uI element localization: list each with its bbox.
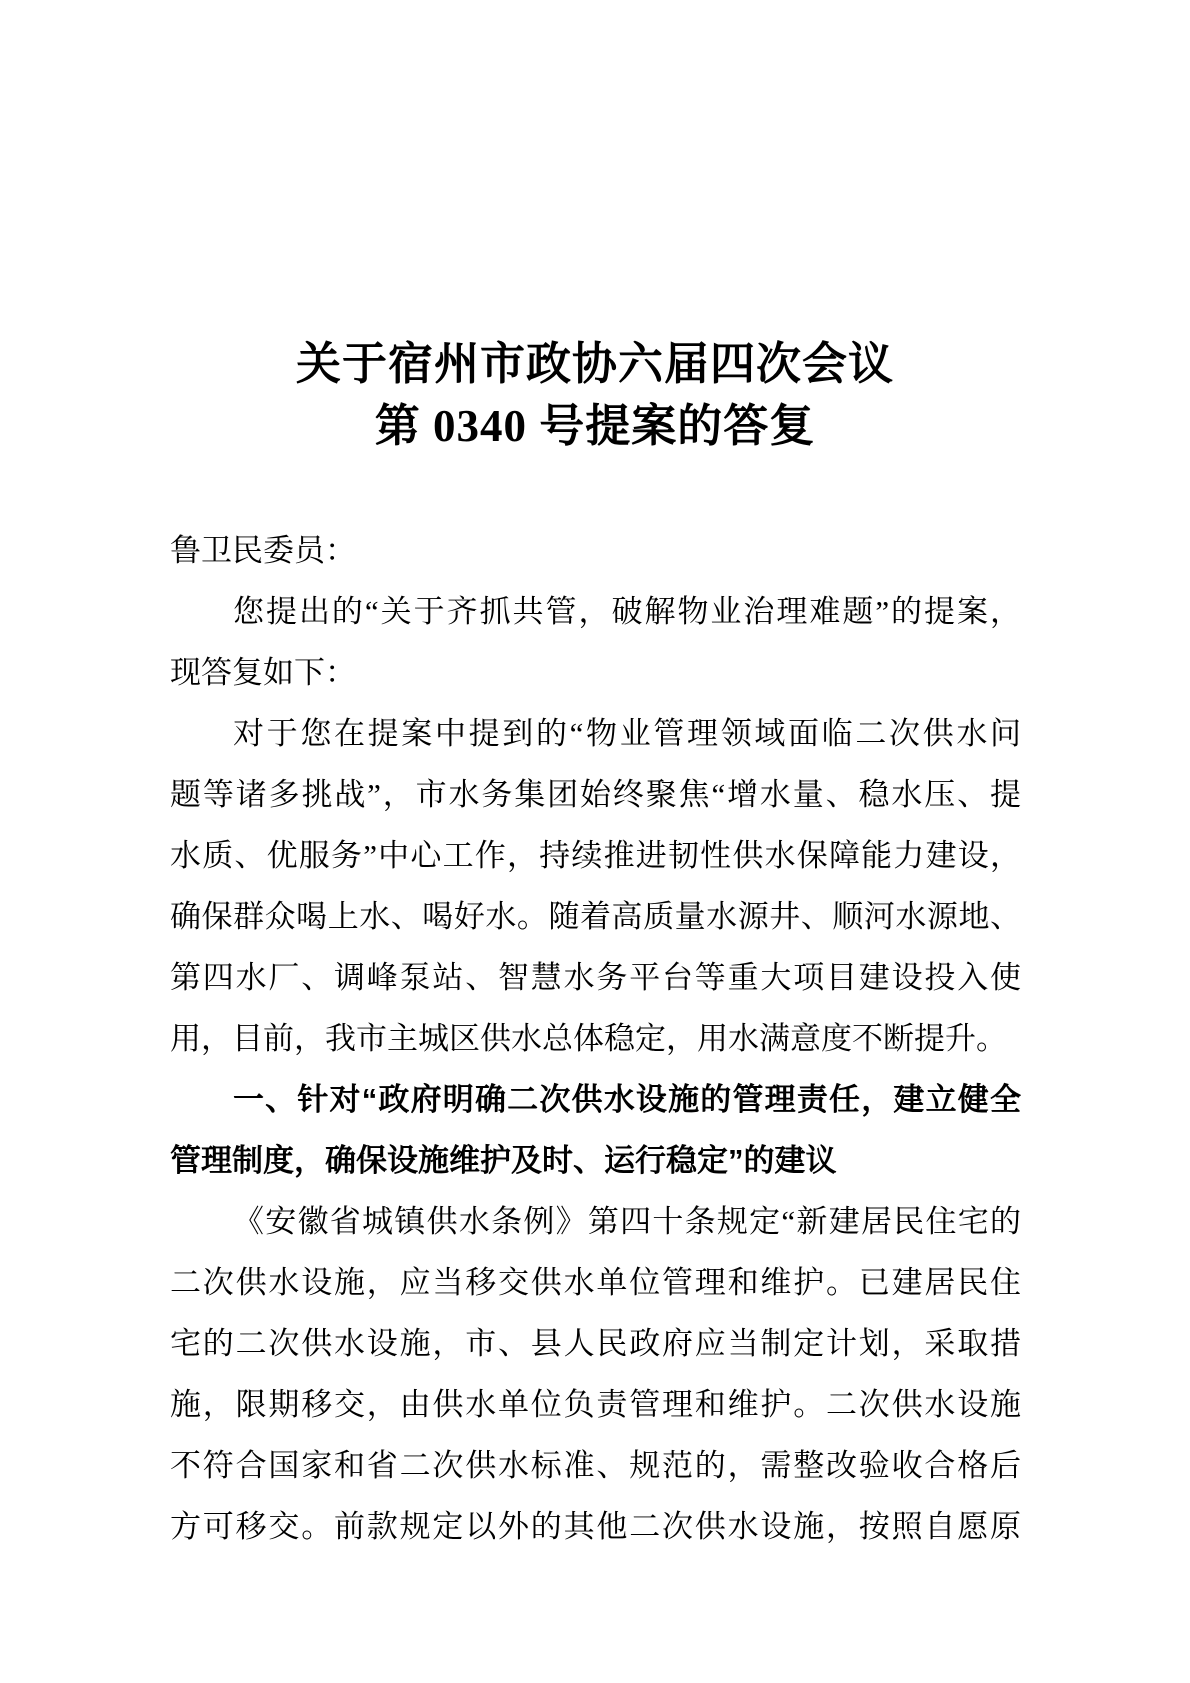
section-heading-line: 一、针对“政府明确二次供水设施的管理责任，建立健全	[170, 1069, 1021, 1130]
paragraph-line: 您提出的“关于齐抓共管，破解物业治理难题”的提案，	[170, 581, 1021, 642]
paragraph-line: 施，限期移交，由供水单位负责管理和维护。二次供水设施	[170, 1374, 1021, 1435]
paragraph-line: 方可移交。前款规定以外的其他二次供水设施，按照自愿原	[170, 1496, 1021, 1557]
paragraph-line: 二次供水设施，应当移交供水单位管理和维护。已建居民住	[170, 1252, 1021, 1313]
document-page: 关于宿州市政协六届四次会议 第 0340 号提案的答复 鲁卫民委员： 您提出的“…	[0, 0, 1190, 1683]
paragraph-line: 现答复如下：	[170, 642, 1021, 703]
section-heading-line: 管理制度，确保设施维护及时、运行稳定”的建议	[170, 1130, 1021, 1191]
paragraph-line: 第四水厂、调峰泵站、智慧水务平台等重大项目建设投入使	[170, 947, 1021, 1008]
paragraph-line: 题等诸多挑战”，市水务集团始终聚焦“增水量、稳水压、提	[170, 764, 1021, 825]
paragraph-line: 宅的二次供水设施，市、县人民政府应当制定计划，采取措	[170, 1313, 1021, 1374]
title-line-1: 关于宿州市政协六届四次会议	[0, 333, 1190, 395]
paragraph-line: 对于您在提案中提到的“物业管理领域面临二次供水问	[170, 703, 1021, 764]
paragraph-line: 《安徽省城镇供水条例》第四十条规定“新建居民住宅的	[170, 1191, 1021, 1252]
paragraph-line: 用，目前，我市主城区供水总体稳定，用水满意度不断提升。	[170, 1008, 1021, 1069]
document-title: 关于宿州市政协六届四次会议 第 0340 号提案的答复	[0, 333, 1190, 457]
salutation: 鲁卫民委员：	[170, 520, 1021, 581]
paragraph-line: 不符合国家和省二次供水标准、规范的，需整改验收合格后	[170, 1435, 1021, 1496]
document-body: 鲁卫民委员： 您提出的“关于齐抓共管，破解物业治理难题”的提案， 现答复如下： …	[170, 520, 1021, 1557]
paragraph-line: 确保群众喝上水、喝好水。随着高质量水源井、顺河水源地、	[170, 886, 1021, 947]
title-line-2: 第 0340 号提案的答复	[0, 395, 1190, 457]
paragraph-line: 水质、优服务”中心工作，持续推进韧性供水保障能力建设，	[170, 825, 1021, 886]
